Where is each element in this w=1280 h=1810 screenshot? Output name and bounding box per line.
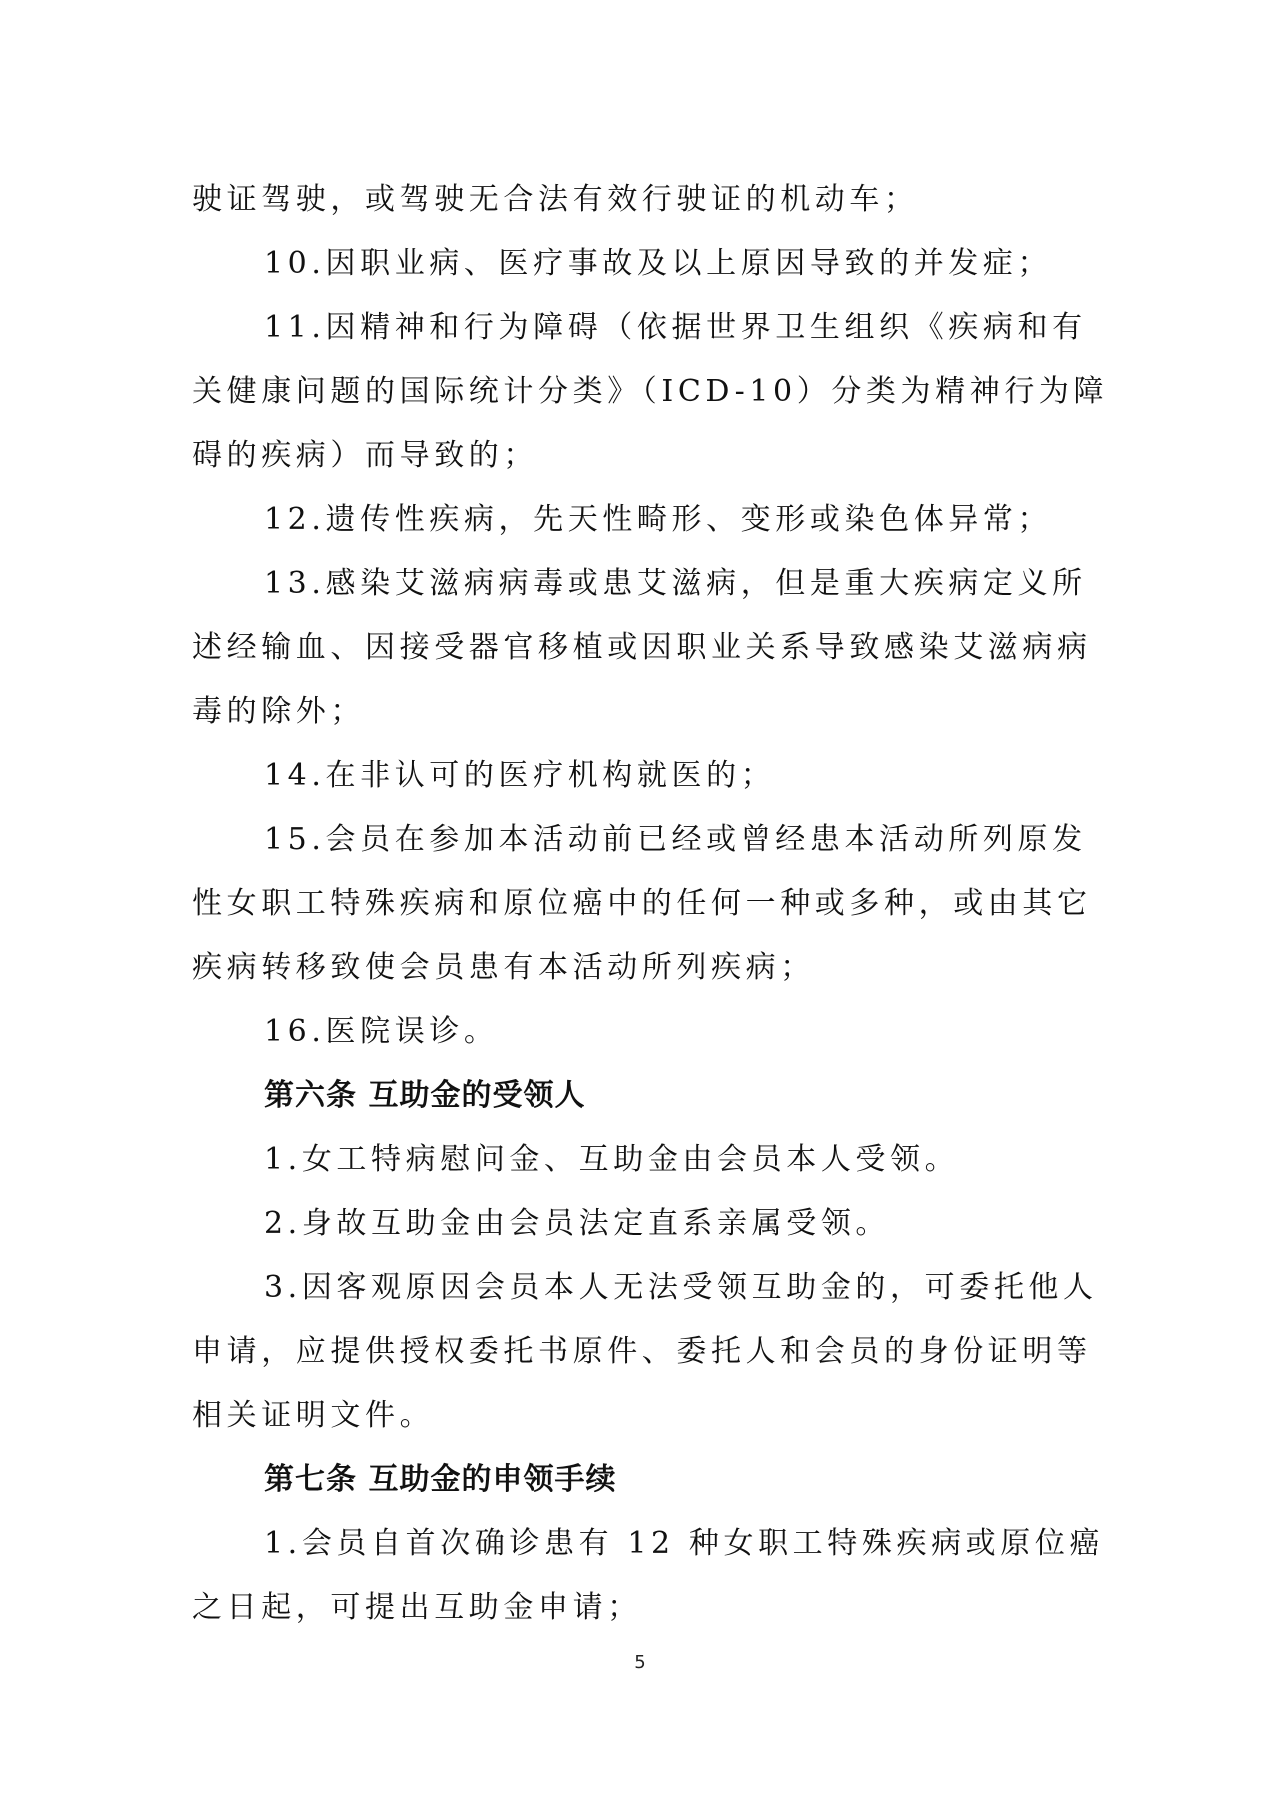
list-item-3: 3.因客观原因会员本人无法受领互助金的，可委托他人	[192, 1256, 1092, 1320]
page-number: 5	[0, 1652, 1280, 1673]
text-line-continuation: 申请，应提供授权委托书原件、委托人和会员的身份证明等	[192, 1320, 1092, 1384]
list-item-11: 11.因精神和行为障碍（依据世界卫生组织《疾病和有	[192, 296, 1092, 360]
document-page: 驶证驾驶，或驾驶无合法有效行驶证的机动车； 10.因职业病、医疗事故及以上原因导…	[192, 168, 1092, 1640]
text-line-continuation: 关健康问题的国际统计分类》（ICD-10）分类为精神行为障	[192, 360, 1092, 424]
text-line-continuation: 毒的除外；	[192, 680, 1092, 744]
text-line-continuation: 驶证驾驶，或驾驶无合法有效行驶证的机动车；	[192, 168, 1092, 232]
text-line-continuation: 性女职工特殊疾病和原位癌中的任何一种或多种，或由其它	[192, 872, 1092, 936]
text-line-continuation: 之日起，可提出互助金申请；	[192, 1576, 1092, 1640]
text-line-continuation: 相关证明文件。	[192, 1384, 1092, 1448]
list-item-16: 16.医院误诊。	[192, 1000, 1092, 1064]
list-item-13: 13.感染艾滋病病毒或患艾滋病，但是重大疾病定义所	[192, 552, 1092, 616]
list-item-12: 12.遗传性疾病，先天性畸形、变形或染色体异常；	[192, 488, 1092, 552]
list-item-14: 14.在非认可的医疗机构就医的；	[192, 744, 1092, 808]
section-heading-article-7: 第七条 互助金的申领手续	[192, 1448, 1092, 1512]
text-line-continuation: 疾病转移致使会员患有本活动所列疾病；	[192, 936, 1092, 1000]
list-item-1: 1.女工特病慰问金、互助金由会员本人受领。	[192, 1128, 1092, 1192]
list-item-10: 10.因职业病、医疗事故及以上原因导致的并发症；	[192, 232, 1092, 296]
text-line-continuation: 述经输血、因接受器官移植或因职业关系导致感染艾滋病病	[192, 616, 1092, 680]
section-heading-article-6: 第六条 互助金的受领人	[192, 1064, 1092, 1128]
text-line-continuation: 碍的疾病）而导致的；	[192, 424, 1092, 488]
list-item-1: 1.会员自首次确诊患有 12 种女职工特殊疾病或原位癌	[192, 1512, 1092, 1576]
list-item-2: 2.身故互助金由会员法定直系亲属受领。	[192, 1192, 1092, 1256]
list-item-15: 15.会员在参加本活动前已经或曾经患本活动所列原发	[192, 808, 1092, 872]
